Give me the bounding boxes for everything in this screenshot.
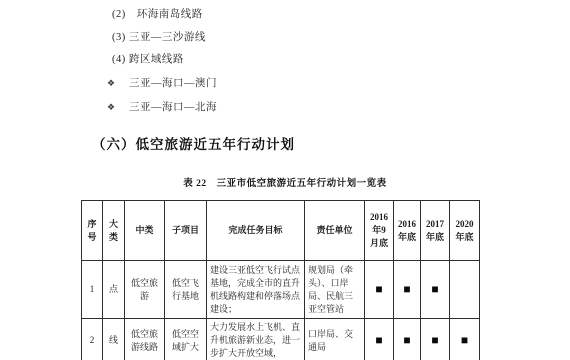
header-2017: 2017年底 (421, 201, 450, 261)
milestone-2016-sep: ■ (365, 319, 394, 360)
header-2020: 2020年底 (450, 201, 480, 261)
milestone-2017: ■ (421, 261, 450, 319)
cell-target: 建设三亚低空飞行试点基地，完成全市的直升机线路构建和停落场点建设； (207, 261, 305, 319)
diamond-bullet-icon: ❖ (107, 100, 129, 114)
table-row: 2 线 低空旅游线路 低空空域扩大 大力发展水上飞机、直升机旅游新业态，进一步扩… (82, 319, 480, 360)
cell-category: 点 (103, 261, 125, 319)
table-title: 表 22 三亚市低空旅游近五年行动计划一览表 (0, 175, 570, 189)
cell-target: 大力发展水上飞机、直升机旅游新业态，进一步扩大开放空域， (207, 319, 305, 360)
header-2016-sep: 2016年9月底 (365, 201, 394, 261)
diamond-bullet-icon: ❖ (107, 76, 129, 90)
header-sub-project: 子项目 (165, 201, 207, 261)
section-heading: （六）低空旅游近五年行动计划 (92, 133, 295, 153)
cell-seq: 2 (82, 319, 103, 360)
route-item-2: (2) 环海南岛线路 (112, 8, 203, 22)
cell-unit: 规划局（牵头）、口岸局、民航三亚空管站 (305, 261, 365, 319)
route-item-3: (3) 三亚—三沙游线 (112, 31, 206, 45)
cell-unit: 口岸局、交通局 (305, 319, 365, 360)
cell-sub-project: 低空飞行基地 (165, 261, 207, 319)
document-page: (2) 环海南岛线路 (3) 三亚—三沙游线 (4) 跨区域线路 ❖三亚—海口—… (0, 0, 570, 360)
route-item-4: (4) 跨区域线路 (112, 53, 184, 67)
milestone-2020 (450, 261, 480, 319)
header-2016: 2016年底 (394, 201, 421, 261)
milestone-2016: ■ (394, 261, 421, 319)
table-header-row: 序号 大类 中类 子项目 完成任务目标 责任单位 2016年9月底 2016年底… (82, 201, 480, 261)
milestone-2017: ■ (421, 319, 450, 360)
route-subitem-label: 三亚—海口—北海 (129, 102, 217, 113)
cell-category: 线 (103, 319, 125, 360)
cell-seq: 1 (82, 261, 103, 319)
header-mid-class: 中类 (125, 201, 165, 261)
cell-mid-class: 低空旅游 (125, 261, 165, 319)
cell-mid-class: 低空旅游线路 (125, 319, 165, 360)
header-target: 完成任务目标 (207, 201, 305, 261)
header-category: 大类 (103, 201, 125, 261)
route-subitem-beihai: ❖三亚—海口—北海 (107, 100, 217, 115)
cell-sub-project: 低空空域扩大 (165, 319, 207, 360)
header-seq: 序号 (82, 201, 103, 261)
route-subitem-macau: ❖三亚—海口—澳门 (107, 76, 217, 91)
milestone-2016: ■ (394, 319, 421, 360)
header-unit: 责任单位 (305, 201, 365, 261)
action-plan-table: 序号 大类 中类 子项目 完成任务目标 责任单位 2016年9月底 2016年底… (81, 200, 480, 360)
route-subitem-label: 三亚—海口—澳门 (129, 78, 217, 89)
table-row: 1 点 低空旅游 低空飞行基地 建设三亚低空飞行试点基地，完成全市的直升机线路构… (82, 261, 480, 319)
milestone-2020: ■ (450, 319, 480, 360)
milestone-2016-sep: ■ (365, 261, 394, 319)
